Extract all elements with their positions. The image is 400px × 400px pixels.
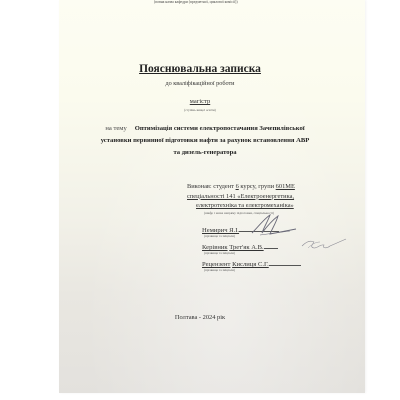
topic-line-1: на темуОптимізація системи електропостач… <box>20 123 390 135</box>
topic-text-3: та дизель-генератора <box>173 149 236 156</box>
executor-block: Виконав: студент 6 курсу, групи 601МЕ сп… <box>187 182 295 211</box>
executor-label: Виконав: студент <box>187 183 234 190</box>
supervisor-role: Керівник <box>202 244 228 251</box>
specialty-line-2: електротехніка та електромеханіка» <box>187 201 295 211</box>
degree-caption: (ступінь вищої освіти) <box>0 108 400 112</box>
topic-line-3: та дизель-генератора <box>20 147 390 159</box>
topic-prefix: на тему <box>105 125 126 132</box>
document-subtitle: до кваліфікаційної роботи <box>0 80 400 87</box>
reviewer-role: Рецензент <box>202 261 230 268</box>
supervisor-name-caption: (прізвище та ініціали) <box>204 251 235 255</box>
thesis-topic: на темуОптимізація системи електропостач… <box>20 123 390 159</box>
reviewer-name-caption: (прізвище та ініціали) <box>204 268 235 272</box>
document-title: Пояснювальна записка <box>0 63 400 75</box>
student-handwritten-signature <box>250 213 300 237</box>
reviewer-name: Кислиця С.Г. <box>232 261 269 268</box>
supervisor-name: Трет'як А.В. <box>229 244 263 251</box>
signature-underline <box>264 242 278 249</box>
student-name: Немирич Я.І. <box>202 227 239 234</box>
topic-line-2: установки первинної підготовки нафти за … <box>20 135 390 147</box>
signature-underline <box>269 259 301 266</box>
topic-text-2: установки первинної підготовки нафти за … <box>101 137 310 144</box>
specialty-line-1: спеціальності 141 «Електроенергетика, <box>187 192 295 202</box>
supervisor-handwritten-signature <box>300 236 348 252</box>
executor-group: 601МЕ <box>276 183 295 190</box>
department-caption: (повна назва кафедри (предметної, циклов… <box>154 0 238 4</box>
student-name-caption: (прізвище та ініціали) <box>204 234 235 238</box>
executor-course: 6 <box>236 183 239 190</box>
degree-value: магістр <box>0 98 400 105</box>
topic-text-1: Оптимізація системи електропостачання За… <box>135 125 305 132</box>
executor-line-1: Виконав: студент 6 курсу, групи 601МЕ <box>187 182 295 192</box>
city-year: Полтава - 2024 рік <box>0 314 400 321</box>
reviewer-signature-line: Рецензент Кислиця С.Г. <box>202 259 301 268</box>
executor-course-suffix: курсу, групи <box>240 183 274 190</box>
supervisor-signature-line: Керівник Трет'як А.В. <box>202 242 278 251</box>
